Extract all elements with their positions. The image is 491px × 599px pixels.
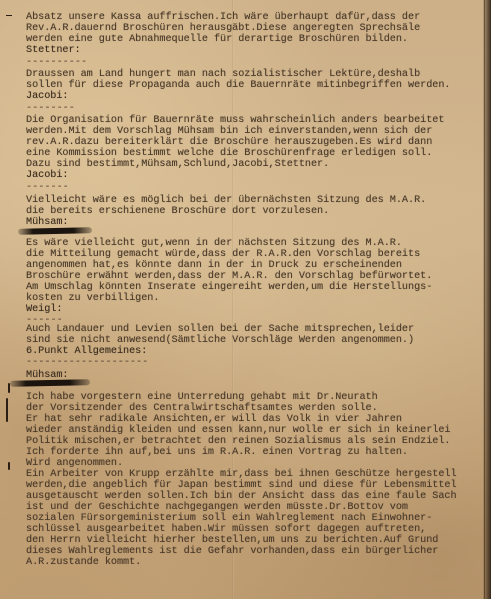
margin-bracket-mark: [6, 398, 8, 422]
text-line: sollen für diese Propaganda auch die Bau…: [26, 80, 450, 92]
text-line: werden eine gute Abnahmequelle für derar…: [26, 34, 408, 46]
underline-rule: --------: [26, 103, 75, 115]
margin-tick-mark: [8, 383, 10, 393]
margin-tick-mark: [6, 15, 12, 16]
speaker-label: Jacobi:: [26, 170, 68, 182]
text-line: die bereits erschienene Broschüre dort v…: [26, 206, 329, 218]
paper-right-edge-line: [484, 0, 485, 599]
speaker-label: Stettner:: [26, 45, 81, 57]
underline-rule: --------------------: [26, 357, 148, 369]
underline-rule: ----------: [26, 57, 87, 69]
margin-tick-mark: [8, 462, 10, 470]
speaker-label: Jacobi:: [26, 91, 68, 103]
text-line: Dazu sind bestimmt,Mühsam,Schlund,Jacobi…: [26, 159, 329, 171]
text-line: A.R.zustande kommt.: [26, 557, 141, 569]
underline-rule: -------: [26, 182, 69, 194]
